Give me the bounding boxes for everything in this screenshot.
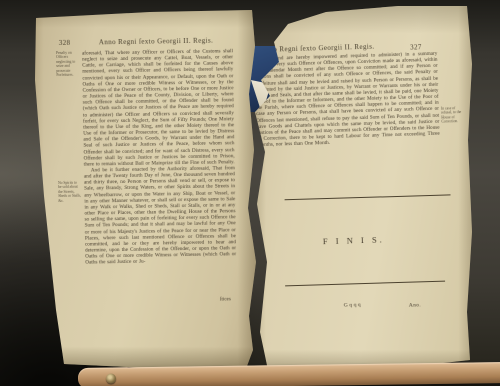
screw-head xyxy=(106,373,116,383)
divider-rule-bottom xyxy=(285,281,445,287)
right-paragraph-1: stices is and are hereby impowered and r… xyxy=(254,51,440,149)
left-page-number: 328 xyxy=(59,39,71,47)
right-page: Anno Regni ſexto Georgii II. Regis. 327 … xyxy=(248,0,474,372)
right-margin-note: In case of refusal, to the House of Corr… xyxy=(441,106,468,124)
left-page-content: 328 Anno Regni ſexto Georgii II. Regis. … xyxy=(28,8,262,370)
photo-backdrop: 328 Anno Regni ſexto Georgii II. Regis. … xyxy=(0,0,500,386)
divider-rule-top xyxy=(285,194,451,200)
right-page-header: Anno Regni ſexto Georgii II. Regis. 327 xyxy=(252,41,442,47)
left-margin-note-2: No Spirits to be sold about the Streets,… xyxy=(58,181,81,203)
left-running-title: Anno Regni ſexto Georgii II. Regis. xyxy=(99,37,214,47)
left-page-text-block: aforesaid, That where any Officer or Off… xyxy=(82,48,237,300)
right-page-text-block: stices is and are hereby impowered and r… xyxy=(254,51,441,182)
left-page: 328 Anno Regni ſexto Georgii II. Regis. … xyxy=(30,10,258,368)
left-paragraph-2: And be it further enacted by the Authori… xyxy=(84,165,237,266)
left-paragraph-1: aforesaid, That where any Officer or Off… xyxy=(82,48,235,167)
signature-mark: Gqqq xyxy=(344,302,363,309)
end-mark: Ano. xyxy=(409,302,421,308)
left-margin-note-1: Penalty on Officers neglecting to seize … xyxy=(56,51,79,78)
left-catchword: ſtices xyxy=(86,296,231,304)
left-page-header: 328 Anno Regni ſexto Georgii II. Regis. xyxy=(59,36,229,39)
right-page-content: Anno Regni ſexto Georgii II. Regis. 327 … xyxy=(245,0,482,374)
finis-label: F I N I S. xyxy=(299,234,409,247)
